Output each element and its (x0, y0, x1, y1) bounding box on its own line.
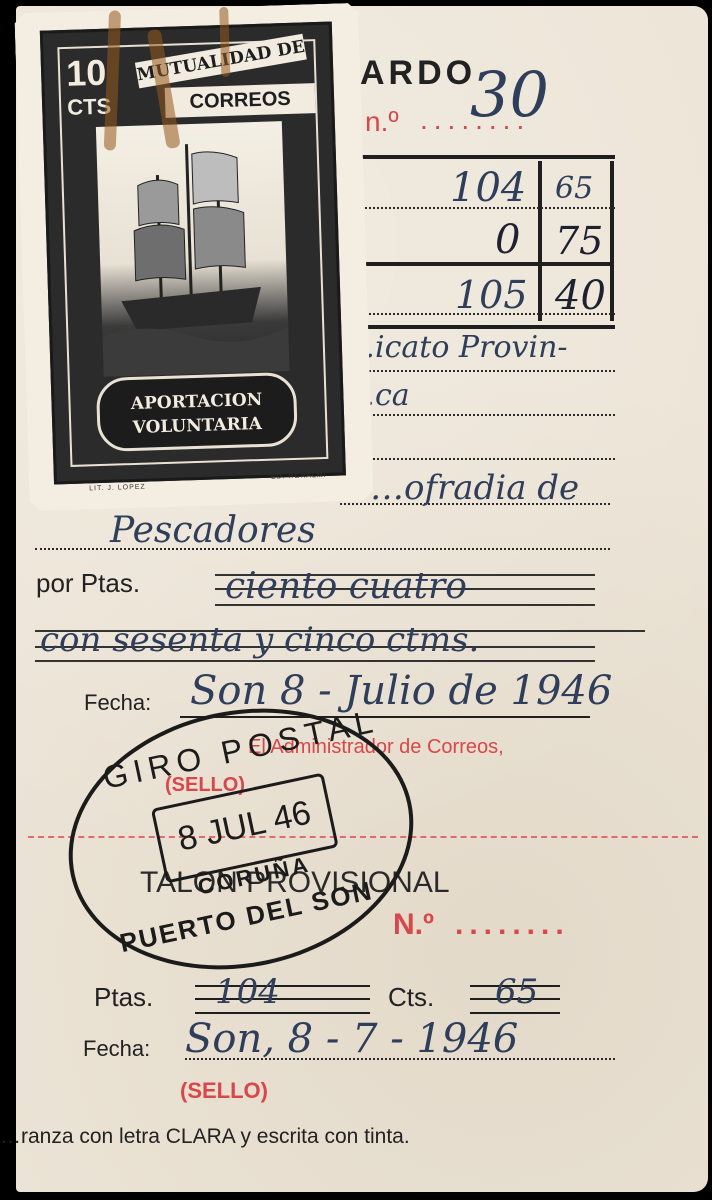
number-label: n.º (365, 106, 399, 138)
row-1-cts: 65 (555, 171, 593, 206)
talon-cts-label: Cts. (388, 982, 434, 1013)
talon-cts-value: 65 (495, 972, 538, 1012)
amount-words-2: con sesenta y cinco ctms. (40, 620, 479, 660)
stamp-printer-credit: LIT. J. LOPEZ (89, 484, 146, 493)
cts-line (470, 1012, 560, 1014)
fecha-value: Son 8 - Julio de 1946 (190, 668, 612, 714)
talon-fecha-label: Fecha: (83, 1036, 150, 1062)
row-3-cts: 40 (555, 273, 606, 319)
row-2-cts: 75 (555, 219, 603, 263)
ship-illustration-icon (96, 121, 290, 377)
addressee-value-1: …icato Provin- (345, 330, 568, 365)
stamp-value-number: 10 (66, 52, 107, 94)
stamp-publisher-credit: ED. HERALMI (271, 472, 327, 481)
number-value: 30 (470, 58, 549, 131)
talon-ptas-label: Ptas. (94, 982, 153, 1013)
row-3-ptas: 105 (455, 273, 528, 317)
amount-words-1: ciento cuatro (225, 566, 467, 607)
footer-note: …ranza con letra CLARA y escrita con tin… (0, 1125, 410, 1149)
addressee-line (360, 414, 615, 416)
stamp-ribbon-bottom: CORREOS (165, 83, 316, 118)
postage-stamp: 10 CTS MUTUALIDAD DE CORREOS APORTACION … (14, 3, 373, 512)
row-1-ptas: 104 (450, 165, 526, 211)
stamp-design: 10 CTS MUTUALIDAD DE CORREOS APORTACION … (40, 22, 346, 485)
fecha-label: Fecha: (84, 690, 151, 716)
strike-line (35, 660, 595, 662)
sender-value-1: …ofradia de (370, 468, 579, 508)
talon-sello-label: (SELLO) (180, 1078, 268, 1104)
form-header: ARDO (360, 54, 476, 93)
talon-number-dots: ........ (455, 908, 570, 942)
stamp-title: APORTACION VOLUNTARIA (96, 372, 298, 452)
stamp-title-line2: VOLUNTARIA (100, 411, 295, 441)
addressee-line (360, 458, 615, 460)
addressee-line (360, 370, 615, 372)
ptas-line (195, 1012, 370, 1014)
amounts-table: 104 65 0 75 105 40 (355, 155, 615, 330)
por-ptas-label: por Ptas. (36, 568, 140, 599)
rust-stain (219, 7, 230, 77)
talon-fecha-value: Son, 8 - 7 - 1946 (185, 1016, 518, 1062)
talon-number-label: N.º (393, 908, 434, 942)
sender-value-2: Pescadores (110, 510, 316, 551)
talon-ptas-value: 104 (215, 972, 280, 1012)
row-2-ptas: 0 (495, 217, 520, 263)
